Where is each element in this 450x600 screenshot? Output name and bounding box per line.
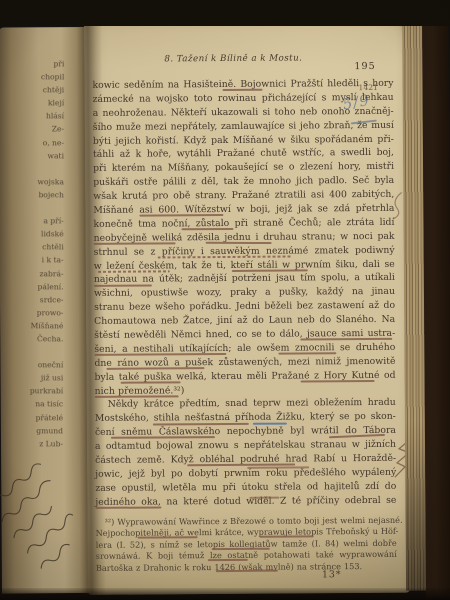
facing-page-text-fragment: purkrabí bbox=[15, 385, 63, 398]
background-top bbox=[0, 0, 450, 26]
facing-page-text-fragment: pálení. bbox=[16, 280, 64, 293]
facing-page-text-fragment: wojska bbox=[16, 175, 64, 188]
open-book: přichopilchtějiklejíhlásíZe-o, ne-watiwo… bbox=[0, 0, 450, 600]
facing-page-text-fragment: gmund bbox=[15, 424, 63, 437]
pencil-underline bbox=[223, 89, 263, 91]
background-bottom-shadow bbox=[0, 588, 450, 600]
facing-page-text-fragment: Čecha. bbox=[15, 332, 63, 345]
facing-page-text-fragment: prowo- bbox=[15, 306, 63, 319]
facing-page-text-fragment: Ze- bbox=[16, 123, 64, 136]
footnote: ³²) Wyprawowání Wawřince z Březowé o tom… bbox=[96, 515, 397, 574]
facing-page-text-fragment: oneční bbox=[15, 358, 63, 371]
running-head: 8. Tažení k Bílině a k Mostu. bbox=[98, 53, 368, 65]
facing-page-text-fragment: při bbox=[16, 57, 64, 70]
facing-page-text-fragment: i k ta- bbox=[16, 254, 64, 267]
book-cover bbox=[422, 0, 450, 599]
pencil-underline bbox=[206, 242, 272, 244]
facing-page-text-fragment: chopil bbox=[16, 70, 64, 83]
ink-underline-zizka bbox=[253, 423, 287, 425]
facing-page-text-fragment: hlásí bbox=[16, 110, 64, 123]
facing-page-text-fragments: přichopilchtějiklejíhlásíZe-o, ne-watiwo… bbox=[15, 57, 64, 450]
footnote-line: Bartoška z Drahonic k roku 1426 (wšak my… bbox=[96, 560, 397, 573]
facing-page-text-fragment: lidské bbox=[16, 227, 64, 240]
paragraph-2: Někdy krátce předtím, snad teprw mezi ob… bbox=[95, 396, 397, 509]
facing-page-text-fragment: a pří- bbox=[16, 214, 64, 227]
facing-page-text-fragment bbox=[15, 345, 63, 358]
facing-page-text-fragment: wati bbox=[16, 149, 64, 162]
pencil-underline bbox=[208, 559, 248, 561]
body-text: kowic seděním na Hasišteině. Bojownici P… bbox=[92, 77, 396, 510]
facing-page-text-fragment: na tisíc bbox=[15, 398, 63, 411]
facing-page-text-fragment: srdce- bbox=[15, 293, 63, 306]
facing-page-text-fragment: klejí bbox=[16, 96, 64, 109]
book-photo: přichopilchtějiklejíhlásíZe-o, ne-watiwo… bbox=[0, 0, 450, 600]
paragraph-1: kowic seděním na Hasišteině. Bojownici P… bbox=[92, 77, 395, 399]
body-text-line: šího muže mezi nepřátely, zamlauwajíce s… bbox=[93, 118, 394, 134]
facing-page-text-fragment: již usi bbox=[15, 371, 63, 384]
facing-page-text-fragment: chtěji bbox=[16, 83, 64, 96]
facing-page-text-fragment bbox=[16, 162, 64, 175]
page-number: 195 bbox=[354, 61, 375, 72]
facing-page-text-fragment: bojech bbox=[16, 188, 64, 201]
pencil-overline bbox=[249, 497, 279, 499]
facing-page-text-fragment: Míšňané bbox=[15, 319, 63, 332]
facing-page-text-fragment: o, ne- bbox=[16, 136, 64, 149]
signature-mark: 13* bbox=[322, 569, 342, 580]
facing-page-text-fragment: chtěli bbox=[16, 241, 64, 254]
facing-page-text-fragment: zabrá- bbox=[16, 267, 64, 280]
facing-page-text-fragment bbox=[16, 201, 64, 214]
facing-page-text-fragment: přátelé bbox=[15, 411, 63, 424]
